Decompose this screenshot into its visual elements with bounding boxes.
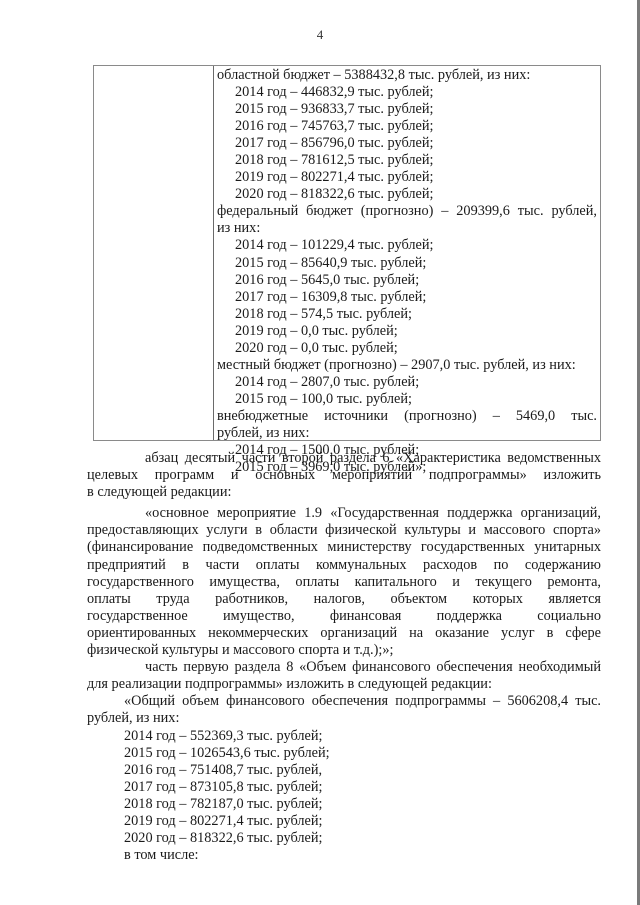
local-budget-heading: местный бюджет (прогнозно) – 2907,0 тыс.… [217,357,597,374]
text-line: ориентированных некоммерческих организац… [87,625,601,642]
funding-table: областной бюджет – 5388432,8 тыс. рублей… [93,65,601,441]
paragraph-section8-amendment: часть первую раздела 8 «Объем финансовог… [87,659,601,693]
year-line: 2017 год – 856796,0 тыс. рублей; [217,135,597,152]
year-line: 2020 год – 818322,6 тыс. рублей; [217,186,597,203]
year-line: 2019 год – 802271,4 тыс. рублей; [87,813,601,830]
text-line: государственное имущество, финансовая по… [87,608,601,625]
text-line: предприятий в части оплаты коммунальных … [87,557,601,574]
paragraph-section6-amendment: абзац десятый части второй раздела 6 «Ха… [87,450,601,501]
federal-budget-heading-line2: из них: [217,220,597,237]
year-line: 2015 год – 936833,7 тыс. рублей; [217,101,597,118]
document-body: абзац десятый части второй раздела 6 «Ха… [87,450,601,864]
year-line: 2014 год – 2807,0 тыс. рублей; [217,374,597,391]
year-line: 2014 год – 446832,9 тыс. рублей; [217,84,597,101]
year-line: 2014 год – 101229,4 тыс. рублей; [217,237,597,254]
year-line: 2016 год – 5645,0 тыс. рублей; [217,272,597,289]
table-cell-right: областной бюджет – 5388432,8 тыс. рублей… [217,67,597,476]
text-line: абзац десятый части второй раздела 6 «Ха… [87,450,601,467]
regional-budget-years: 2014 год – 446832,9 тыс. рублей;2015 год… [217,84,597,203]
year-line: 2015 год – 85640,9 тыс. рублей; [217,255,597,272]
text-line: «основное мероприятие 1.9 «Государственн… [87,505,601,522]
local-budget-years: 2014 год – 2807,0 тыс. рублей;2015 год –… [217,374,597,408]
year-line: 2018 год – 781612,5 тыс. рублей; [217,152,597,169]
year-line: 2020 год – 0,0 тыс. рублей; [217,340,597,357]
text-line: в следующей редакции: [87,484,601,501]
text-line: предоставляющих услуги в области физичес… [87,522,601,539]
year-line: 2014 год – 552369,3 тыс. рублей; [87,728,601,745]
extrabudgetary-heading-line1: внебюджетные источники (прогнозно) – 546… [217,408,597,425]
total-funding-years: 2014 год – 552369,3 тыс. рублей;2015 год… [87,728,601,848]
text-line: часть первую раздела 8 «Объем финансовог… [87,659,601,676]
year-line: 2018 год – 574,5 тыс. рублей; [217,306,597,323]
text-line: рублей, из них: [87,710,601,727]
year-line: 2015 год – 100,0 тыс. рублей; [217,391,597,408]
text-line: для реализации подпрограммы» изложить в … [87,676,601,693]
year-line: 2019 год – 802271,4 тыс. рублей; [217,169,597,186]
extrabudgetary-heading-line2: рублей, из них: [217,425,597,442]
page-number: 4 [0,27,640,43]
year-line: 2018 год – 782187,0 тыс. рублей; [87,796,601,813]
regional-budget-heading: областной бюджет – 5388432,8 тыс. рублей… [217,67,597,84]
column-separator [213,66,214,440]
text-line: целевых программ и основных мероприятий … [87,467,601,484]
including-label: в том числе: [87,847,601,864]
text-line: «Общий объем финансового обеспечения под… [87,693,601,710]
year-line: 2020 год – 818322,6 тыс. рублей; [87,830,601,847]
year-line: 2016 год – 751408,7 тыс. рублей, [87,762,601,779]
federal-budget-heading-line1: федеральный бюджет (прогнозно) – 209399,… [217,203,597,220]
text-line: (финансирование подведомственных министе… [87,539,601,556]
paragraph-total-funding: «Общий объем финансового обеспечения под… [87,693,601,727]
federal-budget-years: 2014 год – 101229,4 тыс. рублей;2015 год… [217,237,597,356]
year-line: 2019 год – 0,0 тыс. рублей; [217,323,597,340]
year-line: 2015 год – 1026543,6 тыс. рублей; [87,745,601,762]
text-line: оплаты труда работников, налогов, объект… [87,591,601,608]
paragraph-measure-1-9: «основное мероприятие 1.9 «Государственн… [87,505,601,659]
year-line: 2017 год – 16309,8 тыс. рублей; [217,289,597,306]
text-line: физической культуры и массового спорта и… [87,642,601,659]
year-line: 2016 год – 745763,7 тыс. рублей; [217,118,597,135]
year-line: 2017 год – 873105,8 тыс. рублей; [87,779,601,796]
text-line: государственного имущества, оплаты капит… [87,574,601,591]
